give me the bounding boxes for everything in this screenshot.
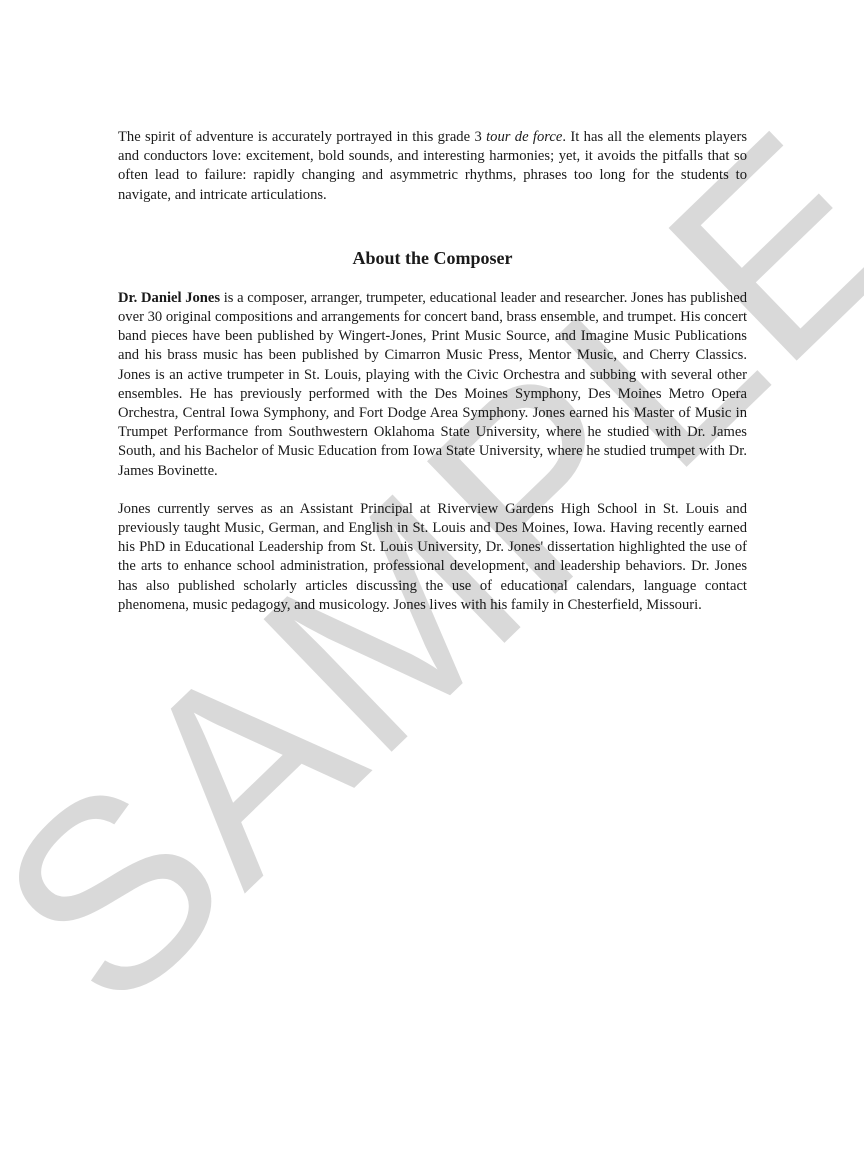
about-composer-heading: About the Composer: [118, 246, 747, 270]
composer-bio-paragraph-2: Jones currently serves as an Assistant P…: [118, 500, 747, 615]
page-content: The spirit of adventure is accurately po…: [118, 128, 747, 615]
intro-text-start: The spirit of adventure is accurately po…: [118, 129, 486, 145]
intro-paragraph: The spirit of adventure is accurately po…: [118, 128, 747, 205]
composer-bio-text-1: is a composer, arranger, trumpeter, educ…: [118, 290, 747, 479]
composer-name: Dr. Daniel Jones: [118, 290, 220, 306]
intro-italic-phrase: tour de force: [486, 129, 562, 145]
composer-bio-paragraph-1: Dr. Daniel Jones is a composer, arranger…: [118, 289, 747, 481]
